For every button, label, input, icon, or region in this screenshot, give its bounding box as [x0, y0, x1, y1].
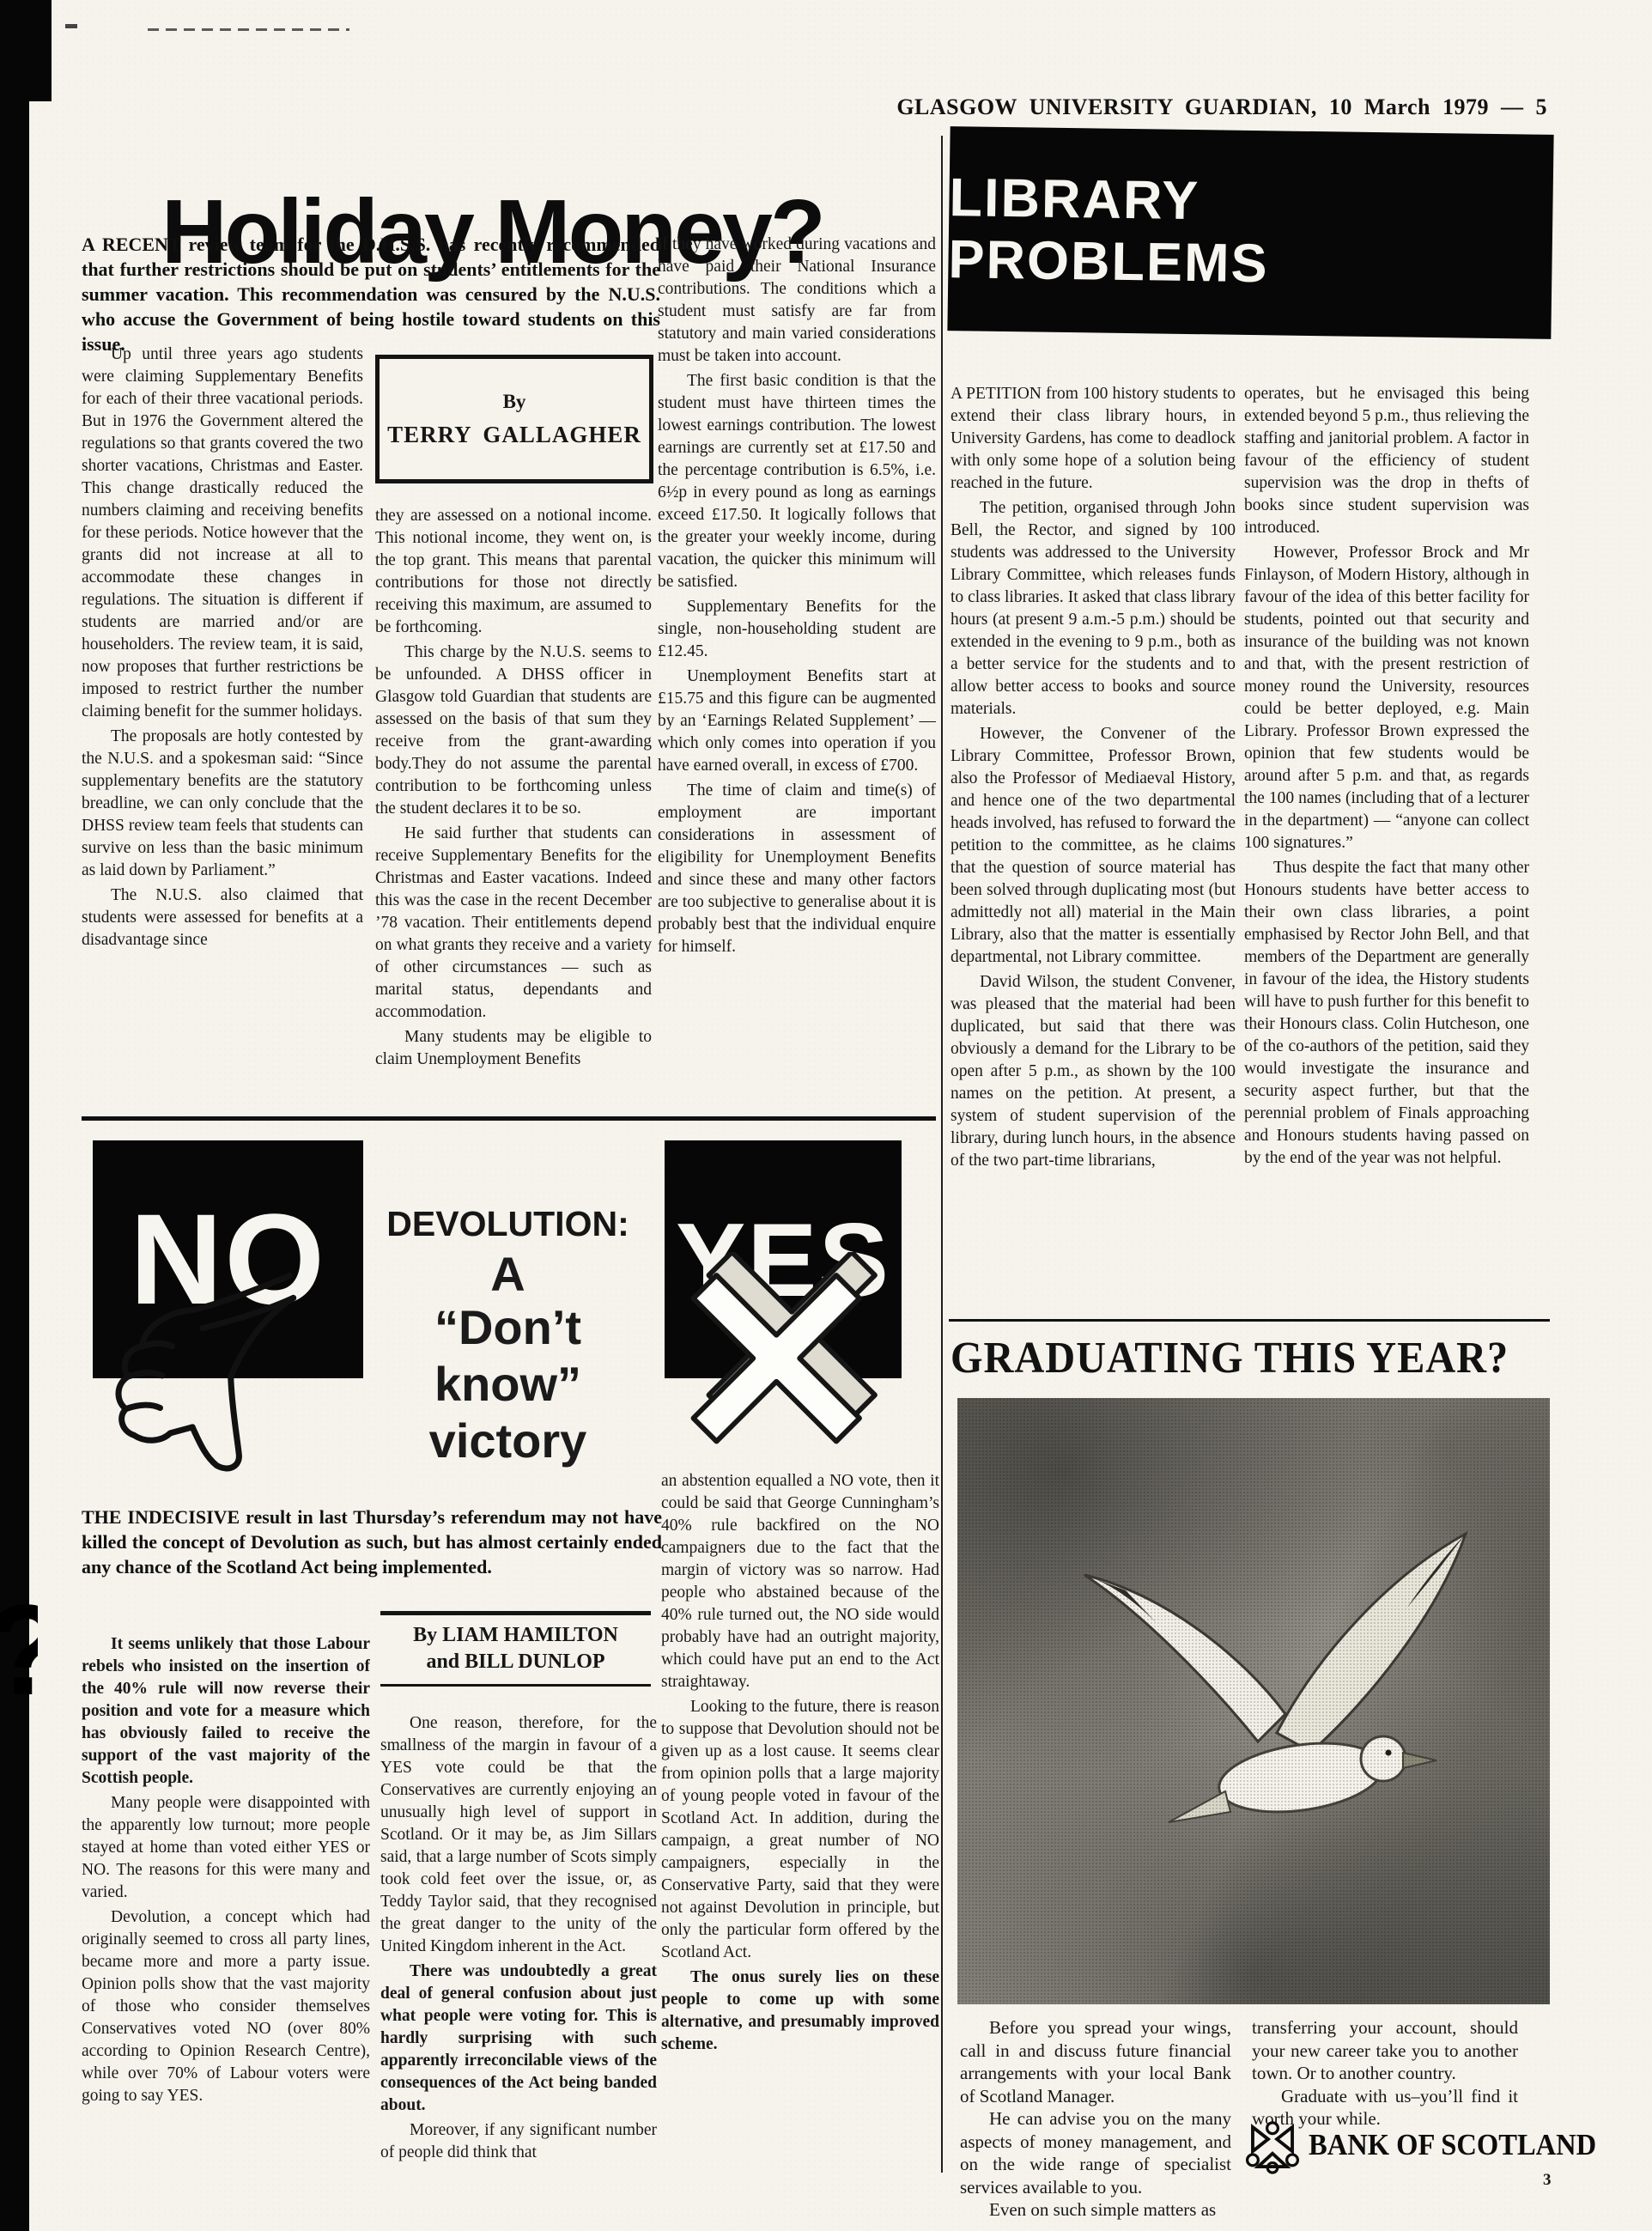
devolution-title-line-3: know”: [376, 1360, 640, 1408]
paragraph: operates, but he envisaged this being ex…: [1244, 383, 1529, 539]
holiday-column-1: Up until three years ago students were c…: [82, 343, 363, 1115]
scan-dash-artifact: [148, 28, 349, 31]
masthead: GLASGOW UNIVERSITY GUARDIAN, 10 March 19…: [895, 94, 1547, 120]
paragraph: One reason, therefore, for the smallness…: [380, 1712, 657, 1958]
paragraph: The proposals are hotly contested by the…: [82, 726, 363, 882]
library-problems-banner: LIBRARY PROBLEMS: [947, 126, 1553, 339]
paragraph: David Wilson, the student Convener, was …: [951, 971, 1236, 1172]
paragraph: The onus surely lies on these people to …: [661, 1967, 939, 2056]
holiday-bottom-rule: [82, 1116, 936, 1121]
newspaper-page: ? GLASGOW UNIVERSITY GUARDIAN, 10 March …: [0, 0, 1652, 2231]
paragraph: There was undoubtedly a great deal of ge…: [380, 1960, 657, 2117]
thumbs-down-icon: [100, 1257, 301, 1472]
scan-edge-corner: [0, 0, 52, 101]
bank-of-scotland-logo: [1245, 2119, 1300, 2174]
holiday-intro-text: A RECENT review team for the D.H.S.S. ha…: [82, 232, 660, 356]
ad-top-rule: [949, 1319, 1550, 1322]
scan-dot-artifact: [65, 24, 77, 28]
seagull-photo: [957, 1398, 1550, 2004]
paragraph: Devolution, a concept which had original…: [82, 1906, 370, 2107]
paragraph: The first basic condition is that the st…: [658, 370, 936, 593]
devolution-title-line-2: “Don’t: [376, 1304, 640, 1352]
paragraph: Many students may be eligible to claim U…: [375, 1026, 652, 1071]
holiday-intro: A RECENT review team for the D.H.S.S. ha…: [82, 232, 660, 356]
paragraph: Many people were disappointed with the a…: [82, 1792, 370, 1904]
byline-box-hamilton-dunlop: By LIAM HAMILTON and BILL DUNLOP: [380, 1611, 651, 1687]
paragraph: an abstention equalled a NO vote, then i…: [661, 1470, 939, 1693]
paragraph: Unemployment Benefits start at £15.75 an…: [658, 666, 936, 777]
byline-box-terry-gallagher: By TERRY GALLAGHER: [375, 355, 653, 483]
scan-edge-block: [0, 1709, 22, 1757]
paragraph: He can advise you on the many aspects of…: [960, 2107, 1231, 2198]
byline-author-name: TERRY GALLAGHER: [387, 422, 641, 448]
devolution-title-line-1: A: [376, 1250, 640, 1298]
paragraph: The time of claim and time(s) of employm…: [658, 780, 936, 958]
ad-text-right-column: transferring your account, should your n…: [1252, 2016, 1518, 2131]
devolution-title-line-4: victory: [376, 1417, 640, 1465]
headline-library-problems: LIBRARY PROBLEMS: [948, 167, 1553, 299]
paragraph: they are assessed on a notional income. …: [375, 505, 652, 639]
byline-by-label: By: [503, 391, 526, 413]
holiday-column-2: they are assessed on a notional income. …: [375, 505, 652, 1116]
paragraph: Even on such simple matters as: [960, 2198, 1231, 2222]
devolution-column-2: One reason, therefore, for the smallness…: [380, 1712, 657, 2176]
devolution-column-3: an abstention equalled a NO vote, then i…: [661, 1470, 939, 2176]
paragraph: He said further that students can receiv…: [375, 823, 652, 1024]
paragraph: transferring your account, should your n…: [1252, 2016, 1518, 2085]
paragraph: Moreover, if any significant number of p…: [380, 2119, 657, 2164]
devolution-intro-text: THE INDECISIVE result in last Thursday’s…: [82, 1505, 662, 1579]
holiday-column-3: if they have worked during vacations and…: [658, 234, 936, 1116]
paragraph: A PETITION from 100 history students to …: [951, 383, 1236, 495]
library-column-2: operates, but he envisaged this being ex…: [1244, 383, 1529, 1316]
paragraph: The petition, organised through John Bel…: [951, 497, 1236, 720]
paragraph: Looking to the future, there is reason t…: [661, 1696, 939, 1964]
bank-of-scotland-wordmark: BANK OF SCOTLAND: [1309, 2128, 1596, 2162]
byline-line-2: and BILL DUNLOP: [380, 1649, 651, 1675]
ad-headline: GRADUATING THIS YEAR?: [951, 1333, 1573, 1383]
paragraph: The N.U.S. also claimed that students we…: [82, 884, 363, 951]
clipped-headline-glyph: ?: [0, 1585, 38, 1714]
devolution-column-1: It seems unlikely that those Labour rebe…: [82, 1633, 370, 2176]
ballot-x-icon: [668, 1252, 904, 1468]
paragraph: Up until three years ago students were c…: [82, 343, 363, 723]
devolution-kicker: DEVOLUTION:: [376, 1204, 640, 1244]
paragraph: Supplementary Benefits for the single, n…: [658, 596, 936, 663]
paragraph: Before you spread your wings, call in an…: [960, 2016, 1231, 2107]
page-corner-mark: 3: [1543, 2171, 1552, 2190]
byline-line-1: By LIAM HAMILTON: [380, 1622, 651, 1649]
paragraph: if they have worked during vacations and…: [658, 234, 936, 368]
ad-text-left-column: Before you spread your wings, call in an…: [960, 2016, 1231, 2222]
library-column-1: A PETITION from 100 history students to …: [951, 383, 1236, 1316]
paragraph: This charge by the N.U.S. seems to be un…: [375, 641, 652, 820]
column-divider-rule: [941, 136, 943, 2173]
paragraph: Thus despite the fact that many other Ho…: [1244, 857, 1529, 1170]
paragraph: However, Professor Brock and Mr Finlayso…: [1244, 542, 1529, 854]
seagull-illustration: [957, 1398, 1550, 2004]
devolution-intro: THE INDECISIVE result in last Thursday’s…: [82, 1505, 662, 1579]
paragraph: It seems unlikely that those Labour rebe…: [82, 1633, 370, 1790]
paragraph: However, the Convener of the Library Com…: [951, 723, 1236, 969]
scan-edge-strip: [0, 0, 29, 2231]
